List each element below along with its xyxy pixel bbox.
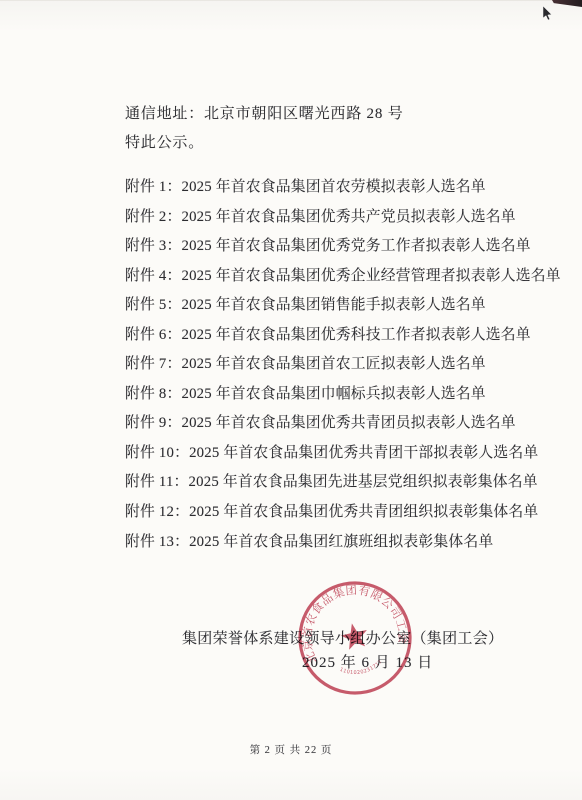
- attachment-line: 附件 13：2025 年首农食品集团红旗班组拟表彰集体名单: [125, 528, 561, 558]
- page-number: 第 2 页 共 22 页: [0, 742, 582, 757]
- attachment-line: 附件 5：2025 年首农食品集团销售能手拟表彰人选名单: [125, 291, 561, 321]
- seal-star-icon: [339, 621, 370, 651]
- attachment-line: 附件 4：2025 年首农食品集团优秀企业经营管理者拟表彰人选名单: [125, 262, 561, 292]
- seal-serial-number: 1101020231717: [338, 658, 386, 680]
- address-line: 通信地址：北京市朝阳区曙光西路 28 号: [125, 103, 404, 125]
- closing-line: 特此公示。: [125, 132, 204, 154]
- attachment-line: 附件 11：2025 年首农食品集团先进基层党组织拟表彰集体名单: [125, 468, 561, 498]
- attachment-line: 附件 8：2025 年首农食品集团巾帼标兵拟表彰人选名单: [125, 380, 561, 410]
- attachment-line: 附件 3：2025 年首农食品集团优秀党务工作者拟表彰人选名单: [125, 232, 561, 262]
- attachment-line: 附件 1：2025 年首农食品集团首农劳模拟表彰人选名单: [125, 173, 561, 203]
- scan-edge-artifact: [552, 0, 582, 7]
- attachment-line: 附件 9：2025 年首农食品集团优秀共青团员拟表彰人选名单: [125, 409, 561, 439]
- attachment-list: 附件 1：2025 年首农食品集团首农劳模拟表彰人选名单 附件 2：2025 年…: [125, 173, 561, 557]
- scan-top-hairline: [0, 0, 582, 1]
- seal-ring-text: 北京首农食品集团有限公司工会: [289, 573, 412, 667]
- attachment-line: 附件 6：2025 年首农食品集团优秀科技工作者拟表彰人选名单: [125, 321, 561, 351]
- official-seal: 北京首农食品集团有限公司工会 1101020231717: [281, 564, 428, 711]
- attachment-line: 附件 10：2025 年首农食品集团优秀共青团干部拟表彰人选名单: [125, 439, 561, 469]
- attachment-line: 附件 2：2025 年首农食品集团优秀共产党员拟表彰人选名单: [125, 203, 561, 233]
- attachment-line: 附件 7：2025 年首农食品集团首农工匠拟表彰人选名单: [125, 350, 561, 380]
- attachment-line: 附件 12：2025 年首农食品集团优秀共青团组织拟表彰集体名单: [125, 498, 561, 528]
- scanned-page: 通信地址：北京市朝阳区曙光西路 28 号 特此公示。 附件 1：2025 年首农…: [0, 0, 582, 800]
- mouse-cursor-icon: [542, 6, 554, 22]
